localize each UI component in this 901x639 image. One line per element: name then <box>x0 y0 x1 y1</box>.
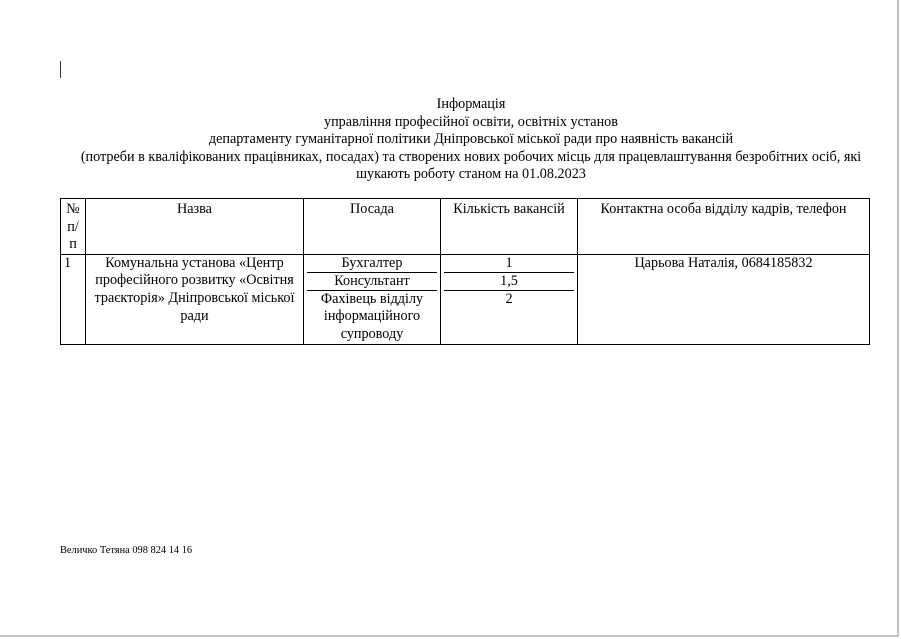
vacancies-table: № п/п Назва Посада Кількість вакансій Ко… <box>60 198 870 345</box>
row-contact: Царьова Наталія, 0684185832 <box>578 254 870 344</box>
heading-line-department: управління професійної освіти, освітніх … <box>58 114 884 132</box>
heading-line-needs: (потреби в кваліфікованих працівниках, п… <box>58 149 884 184</box>
heading-title: Інформація <box>58 96 884 114</box>
table-row: 1 Комунальна установа «Центр професійног… <box>61 254 870 344</box>
header-contact: Контактна особа відділу кадрів, телефон <box>578 199 870 255</box>
header-position: Посада <box>304 199 441 255</box>
vacancy-count: 1,5 <box>444 273 574 291</box>
position-title: Фахівець відділу інформаційного супровод… <box>307 291 437 344</box>
heading-line-policy: департаменту гуманітарної політики Дніпр… <box>58 131 884 149</box>
header-count: Кількість вакансій <box>441 199 578 255</box>
position-title: Бухгалтер <box>307 255 437 273</box>
row-num: 1 <box>61 254 86 344</box>
text-cursor <box>60 61 61 78</box>
row-counts: 1 1,5 2 <box>441 254 578 344</box>
row-positions: Бухгалтер Консультант Фахівець відділу і… <box>304 254 441 344</box>
document-page: Інформація управління професійної освіти… <box>0 0 899 637</box>
table-header-row: № п/п Назва Посада Кількість вакансій Ко… <box>61 199 870 255</box>
document-heading: Інформація управління професійної освіти… <box>58 96 884 184</box>
row-organization-name: Комунальна установа «Центр професійного … <box>86 254 304 344</box>
vacancy-count: 1 <box>444 255 574 273</box>
position-title: Консультант <box>307 273 437 291</box>
header-name: Назва <box>86 199 304 255</box>
vacancy-count: 2 <box>444 291 574 344</box>
header-num: № п/п <box>61 199 86 255</box>
footer-contact-note: Величко Тетяна 098 824 14 16 <box>60 545 192 556</box>
